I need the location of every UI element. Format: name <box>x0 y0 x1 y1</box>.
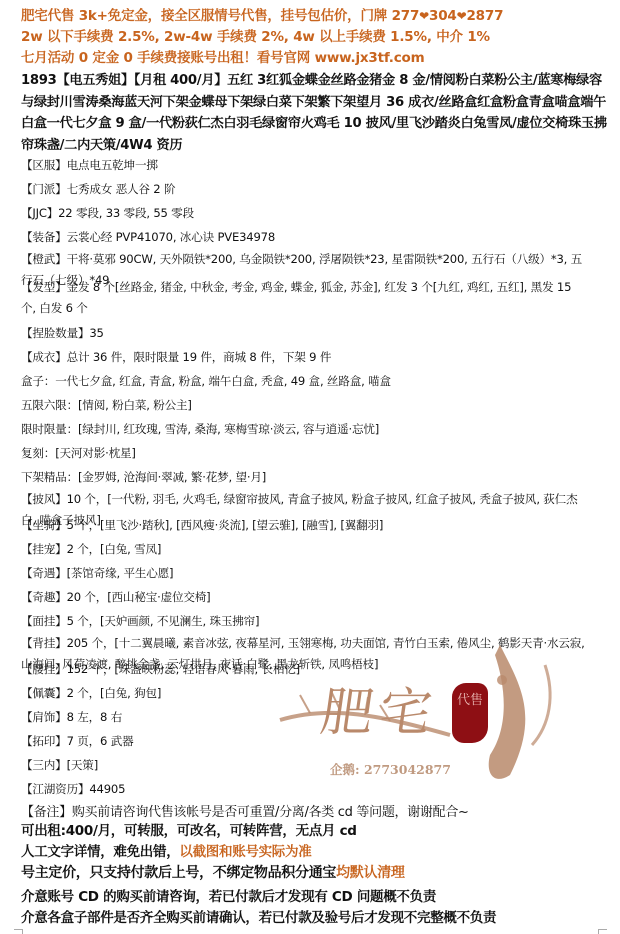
detail-row-limited-56: 五限六限：[情阅, 粉白菜, 粉公主] <box>21 397 192 413</box>
detail-value: 152 个，[珠盏映粉蕊, 轻语春风·暮雨, 长相忆] <box>67 662 300 676</box>
detail-key: 【挂宠】 <box>21 542 67 556</box>
disclaimer-highlight: 均默认清理 <box>336 865 405 881</box>
detail-row-pouches: 【佩囊】2 个，[白兔, 狗包] <box>21 685 161 701</box>
detail-key: 【装备】 <box>21 230 67 244</box>
detail-value: 总计 36 件，限时限量 19 件，商城 8 件，下架 9 件 <box>67 350 332 364</box>
disclaimer-text: 号主定价，只支持付款后上号，不绑定物品积分通宝 <box>21 865 336 881</box>
detail-row-hairstyles: 【发型】金发 8 个[丝路金, 猪金, 中秋金, 考金, 鸡金, 蝶金, 狐金,… <box>21 277 586 319</box>
detail-key: 【JJC】 <box>21 206 58 220</box>
detail-value: 电点电五乾坤一掷 <box>67 158 158 172</box>
promo-text: 肥宅代售 3k+免定金，接全区服情号代售，挂号包估价，门牌 277 <box>21 8 419 24</box>
detail-key: 【腰挂】 <box>21 662 67 676</box>
detail-key: 五限六限： <box>21 398 78 412</box>
detail-row-adventures: 【奇遇】[茶馆奇缘, 平生心愿] <box>21 565 173 581</box>
detail-key: 【背挂】 <box>21 636 67 650</box>
detail-value: 云裳心经 PVP41070, 冰心诀 PVE34978 <box>67 230 275 244</box>
detail-row-rubbings: 【拓印】7 页，6 武器 <box>21 733 133 749</box>
detail-value: [茶馆奇缘, 平生心愿] <box>67 566 174 580</box>
detail-key: 复刻： <box>21 446 55 460</box>
detail-key: 【拓印】 <box>21 734 67 748</box>
detail-row-third-internal: 【三内】[天策] <box>21 757 98 773</box>
detail-row-curios: 【奇趣】20 个，[西山秘宝·虚位交椅] <box>21 589 211 605</box>
detail-row-equipment: 【装备】云裳心经 PVP41070, 冰心诀 PVE34978 <box>21 229 275 245</box>
detail-row-server: 【区服】电点电五乾坤一掷 <box>21 157 158 173</box>
heart-icon: ❤ <box>419 9 429 23</box>
detail-key: 【面挂】 <box>21 614 67 628</box>
detail-row-outfits: 【成衣】总计 36 件，限时限量 19 件，商城 8 件，下架 9 件 <box>21 349 331 365</box>
detail-key: 【橙武】 <box>21 252 67 266</box>
detail-key: 限时限量： <box>21 422 78 436</box>
promo-line-1: 肥宅代售 3k+免定金，接全区服情号代售，挂号包估价，门牌 277❤304❤28… <box>21 4 503 24</box>
detail-row-jjc: 【JJC】22 零段, 33 零段, 55 零段 <box>21 205 194 221</box>
detail-value: 44905 <box>89 782 125 796</box>
detail-row-face-count: 【捏脸数量】35 <box>21 325 104 341</box>
disclaimer-highlight: 以截图和账号实际为准 <box>179 844 311 860</box>
detail-key: 【坐骑】 <box>21 518 67 532</box>
detail-value: 8 左，8 右 <box>67 710 123 724</box>
detail-row-shoulder: 【肩饰】8 左，8 右 <box>21 709 122 725</box>
detail-value: [天策] <box>67 758 98 772</box>
detail-key: 【佩囊】 <box>21 686 67 700</box>
disclaimer-line-4: 介意各盒子部件是否齐全购买前请确认，若已付款及验号后才发现不完整概不负责 <box>21 906 496 926</box>
remark-value: 购买前请咨询代售该帐号是否可重置/分离/各类 cd 等问题，谢谢配合~ <box>72 805 469 820</box>
detail-key: 【奇遇】 <box>21 566 67 580</box>
detail-row-delisted: 下架精品：[金罗姆, 沧海间·翠减, 繁·花梦, 望·月] <box>21 469 266 485</box>
listing-page: 肥宅代售 3k+免定金，接全区服情号代售，挂号包估价，门牌 277❤304❤28… <box>0 0 620 934</box>
detail-key: 盒子： <box>21 374 55 388</box>
detail-value: 5 个，[天妒画颜, 不见澜生, 珠玉拂帘] <box>67 614 260 628</box>
detail-row-face-pendants: 【面挂】5 个，[天妒画颜, 不见澜生, 珠玉拂帘] <box>21 613 259 629</box>
detail-row-school: 【门派】七秀成女 恶人谷 2 阶 <box>21 181 175 197</box>
detail-value: 35 <box>89 326 103 340</box>
rent-info: 可出租:400/月，可转服，可改名，可转阵营，无点月 cd <box>21 819 357 839</box>
detail-value: [金罗姆, 沧海间·翠减, 繁·花梦, 望·月] <box>78 470 266 484</box>
detail-value: [绿封川, 红玫瑰, 雪涛, 桑海, 寒梅雪琼·淡云, 容与逍遥·忘忧] <box>78 422 379 436</box>
disclaimer-text: 人工文字详情，难免出错， <box>21 844 179 860</box>
detail-key: 下架精品： <box>21 470 78 484</box>
detail-key: 【披风】 <box>21 492 67 506</box>
detail-value: 7 页，6 武器 <box>67 734 134 748</box>
detail-value: 22 零段, 33 零段, 55 零段 <box>58 206 194 220</box>
watermark-contact: 企鹅: 2773042877 <box>330 760 451 778</box>
detail-value: 5 个，[里飞沙·踏秋], [西风瘦·炎流], [望云骓], [融雪], [翼翻… <box>67 518 384 532</box>
detail-key: 【捏脸数量】 <box>21 326 89 340</box>
detail-row-mounts: 【坐骑】5 个，[里飞沙·踏秋], [西风瘦·炎流], [望云骓], [融雪],… <box>21 517 383 533</box>
watermark-seal: 代售 <box>452 683 488 743</box>
promo-line-2: 2w 以下手续费 2.5%, 2w-4w 手续费 2%, 4w 以上手续费 1.… <box>21 25 490 45</box>
detail-row-boxes: 盒子：一代七夕盒, 红盒, 青盒, 粉盒, 端午白盒, 秃盒, 49 盒, 丝路… <box>21 373 391 389</box>
page-corner-mark <box>14 929 23 934</box>
detail-value: 七秀成女 恶人谷 2 阶 <box>67 182 176 196</box>
disclaimer-line-2: 号主定价，只支持付款后上号，不绑定物品积分通宝均默认清理 <box>21 862 405 882</box>
detail-row-pets: 【挂宠】2 个，[白兔, 雪凤] <box>21 541 161 557</box>
detail-key: 【门派】 <box>21 182 67 196</box>
detail-row-waist-pendants: 【腰挂】152 个，[珠盏映粉蕊, 轻语春风·暮雨, 长相忆] <box>21 661 300 677</box>
remark-key: 【备注】 <box>21 805 72 820</box>
detail-value: 金发 8 个[丝路金, 猪金, 中秋金, 考金, 鸡金, 蝶金, 狐金, 苏金]… <box>21 280 571 315</box>
heart-icon: ❤ <box>457 9 467 23</box>
detail-row-reissue: 复刻：[天河对影·枕星] <box>21 445 136 461</box>
promo-line-3: 七月活动 0 定金 0 手续费接账号出租！看号官网 www.jx3tf.com <box>21 46 424 66</box>
detail-row-seniority: 【江湖资历】44905 <box>21 781 125 797</box>
detail-key: 【肩饰】 <box>21 710 67 724</box>
detail-key: 【发型】 <box>21 280 67 294</box>
detail-key: 【成衣】 <box>21 350 67 364</box>
disclaimer-line-1: 人工文字详情，难免出错，以截图和账号实际为准 <box>21 840 311 860</box>
detail-key: 【奇趣】 <box>21 590 67 604</box>
page-corner-mark <box>598 929 607 934</box>
detail-value: 2 个，[白兔, 雪凤] <box>67 542 162 556</box>
detail-key: 【区服】 <box>21 158 67 172</box>
promo-text: 304 <box>429 8 457 24</box>
promo-text: 2877 <box>466 8 503 24</box>
watermark-brand: 肥宅 <box>317 670 444 745</box>
detail-value: 2 个，[白兔, 狗包] <box>67 686 162 700</box>
detail-value: 20 个，[西山秘宝·虚位交椅] <box>67 590 211 604</box>
disclaimer-line-3: 介意账号 CD 的购买前请咨询，若已付款后才发现有 CD 问题概不负责 <box>21 885 436 905</box>
listing-title: 1893【电五秀姐】【月租 400/月】五红 3红狐金蝶金丝路金猪金 8 金/情… <box>21 70 611 156</box>
detail-key: 【江湖资历】 <box>21 782 89 796</box>
detail-value: 一代七夕盒, 红盒, 青盒, 粉盒, 端午白盒, 秃盒, 49 盒, 丝路盒, … <box>55 374 391 388</box>
remark-row: 【备注】购买前请咨询代售该帐号是否可重置/分离/各类 cd 等问题，谢谢配合~ <box>21 801 469 820</box>
detail-value: [天河对影·枕星] <box>55 446 136 460</box>
detail-key: 【三内】 <box>21 758 67 772</box>
detail-value: [情阅, 粉白菜, 粉公主] <box>78 398 192 412</box>
detail-row-limited-time: 限时限量：[绿封川, 红玫瑰, 雪涛, 桑海, 寒梅雪琼·淡云, 容与逍遥·忘忧… <box>21 421 379 437</box>
